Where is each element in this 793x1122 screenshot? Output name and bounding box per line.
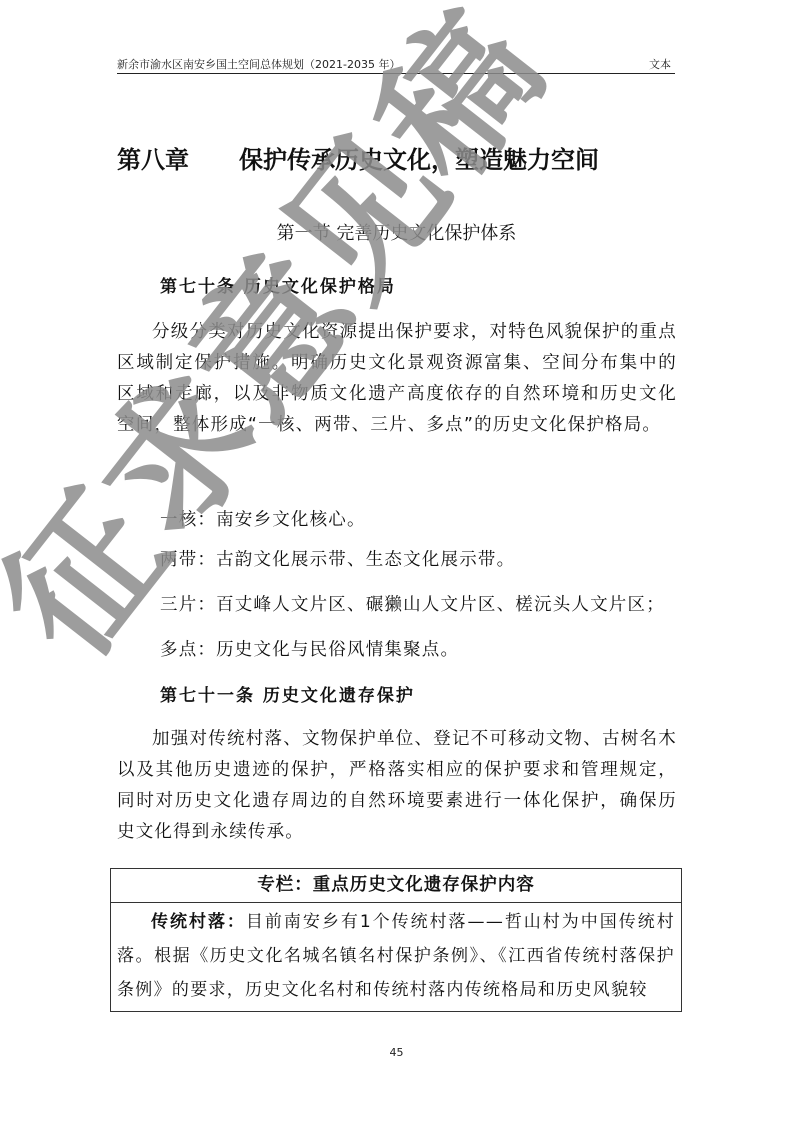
header-document-title: 新余市渝水区南安乡国土空间总体规划（2021-2035 年）	[117, 56, 400, 72]
pattern-item-areas: 三片：百丈峰人文片区、碾獭山人文片区、槎沅头人文片区；	[160, 591, 665, 616]
header-doc-type: 文本	[649, 56, 671, 72]
pattern-item-core: 一核：南安乡文化核心。	[160, 506, 366, 531]
column-box-title: 专栏：重点历史文化遗存保护内容	[111, 869, 681, 903]
chapter-heading: 第八章保护传承历史文化，塑造魅力空间	[117, 140, 599, 175]
pattern-item-points: 多点：历史文化与民俗风情集聚点。	[160, 636, 459, 661]
pattern-item-belts: 两带：古韵文化展示带、生态文化展示带。	[160, 546, 515, 571]
page-header: 新余市渝水区南安乡国土空间总体规划（2021-2035 年） 文本	[117, 55, 675, 74]
page-number: 45	[0, 1046, 793, 1059]
column-box: 专栏：重点历史文化遗存保护内容 传统村落：目前南安乡有1个传统村落——哲山村为中…	[110, 868, 682, 1012]
section-title: 第一节 完善历史文化保护体系	[0, 219, 793, 245]
article-71-paragraph: 加强对传统村落、文物保护单位、登记不可移动文物、古树名木以及其他历史遗迹的保护，…	[117, 724, 677, 848]
article-70-paragraph: 分级分类对历史文化资源提出保护要求，对特色风貌保护的重点区域制定保护措施。明确历…	[117, 317, 677, 441]
article-71-title: 第七十一条 历史文化遗存保护	[160, 681, 415, 706]
article-70-title: 第七十条 历史文化保护格局	[160, 272, 396, 297]
column-box-body: 传统村落：目前南安乡有1个传统村落——哲山村为中国传统村落。根据《历史文化名城名…	[111, 903, 681, 1007]
chapter-number: 第八章	[117, 140, 239, 175]
chapter-title: 保护传承历史文化，塑造魅力空间	[239, 145, 599, 174]
column-box-lead-label: 传统村落：	[151, 912, 246, 932]
